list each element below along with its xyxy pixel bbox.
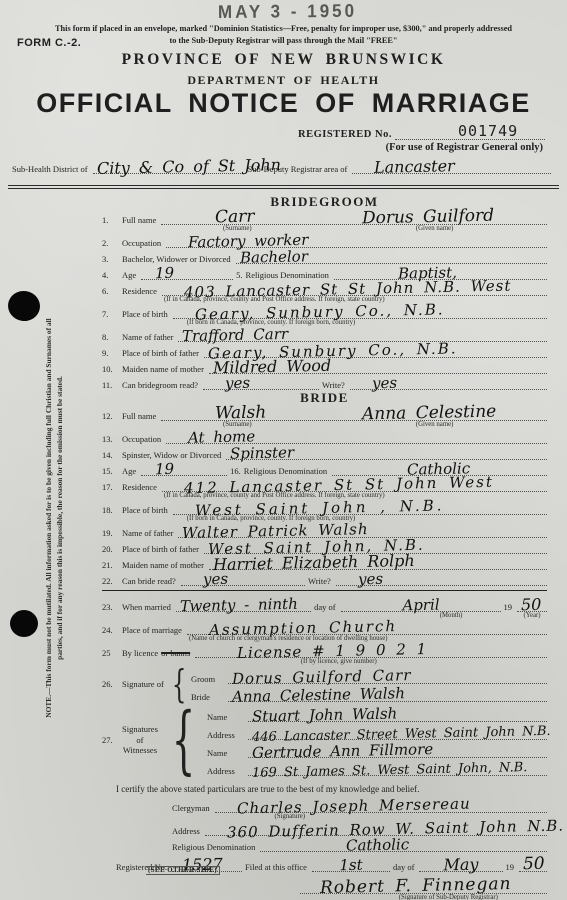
- registered-number-value: 001749: [458, 122, 518, 140]
- divider-double-rule: [8, 185, 559, 189]
- field-bride-residence: 17. Residence 412 Lancaster St St John W…: [102, 476, 547, 492]
- groom-age-field: 19: [141, 268, 233, 280]
- filing-day-value: 1st: [339, 856, 363, 874]
- field-number: 13.: [102, 434, 122, 444]
- document-title: OFFICIAL NOTICE OF MARRIAGE: [0, 88, 567, 119]
- filing-day-field: 1st: [312, 860, 390, 872]
- field-number: 19.: [102, 528, 122, 538]
- clergyman-signature-field: Charles Joseph Mersereau (Signature): [215, 801, 547, 813]
- field-by-licence: 25 By licence or banns License # 1 9 0 2…: [102, 642, 547, 658]
- field-label: Name of father: [122, 528, 176, 538]
- field-label-struck: or banns: [161, 648, 193, 658]
- clergyman-address-label: Address: [172, 826, 203, 836]
- groom-birthplace-field: Geary, Sunbury Co., N.B. (If born in Can…: [173, 307, 547, 319]
- registrar-area-value: Lancaster: [374, 156, 455, 177]
- bride-age-field: 19: [141, 464, 227, 476]
- field-label: Age: [122, 270, 139, 280]
- witness-name-label: Name: [207, 712, 246, 722]
- field-bride-literacy: 22. Can bride read? yes Write? yes: [102, 570, 547, 586]
- bride-birthplace-field: West Saint John , N.B. (If born in Canad…: [173, 503, 547, 515]
- field-groom-father: 8. Name of father Trafford Carr: [102, 326, 547, 342]
- field-label: Full name: [122, 215, 159, 225]
- groom-father-birthplace-field: Geary, Sunbury Co., N.B.: [204, 346, 547, 358]
- filing-filed-label: Filed at this office: [242, 862, 310, 872]
- groom-write-value: yes: [372, 374, 397, 393]
- groom-residence-field: 403 Lancaster St St John N.B. West (If i…: [162, 284, 547, 296]
- form-code: FORM C.-2.: [17, 37, 81, 49]
- witnesses-label-line3: Witnesses: [122, 745, 158, 756]
- registrar-signature-sublabel: (Signature of Sub-Deputy Registrar): [399, 894, 498, 900]
- field-label: Residence: [122, 286, 160, 296]
- groom-write-field: yes: [350, 378, 547, 390]
- witness-address-label: Address: [207, 730, 246, 740]
- groom-signature-label: Groom: [191, 674, 226, 684]
- registrar-signature-field: Robert F. Finnegan (Signature of Sub-Dep…: [300, 882, 547, 894]
- witnesses-label: Signatures of Witnesses: [122, 724, 160, 756]
- field-label: Place of birth of father: [122, 348, 202, 358]
- bride-age-value: 19: [155, 460, 174, 478]
- margin-note-line1: NOTE.—This form must not be mutilated. A…: [44, 292, 55, 744]
- field-number: 17.: [102, 482, 122, 492]
- field-label: Maiden name of mother: [122, 364, 207, 374]
- field-number: 12.: [102, 411, 122, 421]
- field-number: 15.: [102, 466, 122, 476]
- sub-health-district-value: City & Co of St John: [96, 155, 280, 178]
- field-number: 10.: [102, 364, 122, 374]
- field-signatures-witnesses: 27. Signatures of Witnesses Name Stuart …: [102, 703, 547, 777]
- field-groom-full-name: 1. Full name Carr Dorus Guilford (Surnam…: [102, 209, 547, 225]
- filing-year-field: 50: [519, 860, 547, 872]
- field-groom-birthplace: 7. Place of birth Geary, Sunbury Co., N.…: [102, 303, 547, 319]
- form-body: BRIDEGROOM 1. Full name Carr Dorus Guilf…: [102, 194, 547, 900]
- bride-signature-value: Anna Celestine Walsh: [232, 684, 405, 706]
- field-number: 21.: [102, 560, 122, 570]
- brace-icon: [160, 703, 207, 777]
- bride-signature-field: Anna Celestine Walsh: [228, 690, 547, 702]
- field-number: 11.: [102, 380, 122, 390]
- witness1-name-field: Stuart John Walsh: [248, 710, 547, 722]
- filing-day-of-label: day of: [390, 862, 417, 872]
- married-month-field: April (Month): [341, 600, 501, 612]
- filing-month-field: May: [419, 860, 502, 872]
- clergyman-religion-label: Religious Denomination: [172, 842, 258, 852]
- mail-instruction: This form if placed in an envelope, mark…: [6, 23, 561, 47]
- write-label: Write?: [319, 380, 348, 390]
- department-heading: DEPARTMENT OF HEALTH: [0, 73, 567, 88]
- see-other-side-note: (SEE OTHER SIDE): [146, 866, 220, 875]
- field-label: Bachelor, Widower or Divorced: [122, 254, 234, 264]
- registered-number-label: REGISTERED No.: [298, 129, 395, 140]
- write-label: Write?: [305, 576, 334, 586]
- bride-occupation-field: At home: [166, 432, 547, 444]
- field-groom-status: 3. Bachelor, Widower or Divorced Bachelo…: [102, 248, 547, 264]
- licence-field: License # 1 9 0 2 1 (If by licence, give…: [195, 646, 547, 658]
- clergyman-religion-value: Catholic: [346, 835, 410, 854]
- witnesses-label-line2: of: [122, 735, 158, 746]
- field-label: By licence: [122, 648, 161, 658]
- field-number: 8.: [102, 332, 122, 342]
- date-stamp: MAY 3 - 1950: [218, 1, 357, 24]
- margin-note: NOTE.—This form must not be mutilated. A…: [44, 292, 65, 744]
- bride-status-field: Spinster: [226, 448, 547, 460]
- field-groom-mother: 10. Maiden name of mother Mildred Wood: [102, 358, 547, 374]
- filing-month-value: May: [443, 855, 478, 875]
- field-groom-occupation: 2. Occupation Factory worker: [102, 232, 547, 248]
- groom-age-value: 19: [155, 264, 174, 282]
- field-registrar-signature: Robert F. Finnegan (Signature of Sub-Dep…: [298, 878, 547, 894]
- clergyman-label: Clergyman: [172, 803, 213, 813]
- registrar-area-field: Lancaster: [352, 162, 551, 174]
- field-number: 22.: [102, 576, 122, 586]
- field-label: Signature of: [122, 679, 167, 689]
- field-bride-full-name: 12. Full name Walsh Anna Celestine (Surn…: [102, 405, 547, 421]
- licence-sublabel: (If by licence, give number): [301, 658, 377, 665]
- field-number: 1.: [102, 215, 122, 225]
- bride-signature-row: Bride Anna Celestine Walsh: [191, 684, 547, 702]
- sub-health-district-label: Sub-Health District of: [12, 164, 91, 174]
- field-label: Full name: [122, 411, 159, 421]
- field-number: 2.: [102, 238, 122, 248]
- field-label: Occupation: [122, 434, 164, 444]
- field-number: 3.: [102, 254, 122, 264]
- witness-address-label: Address: [207, 766, 246, 776]
- married-month-value: April: [402, 596, 440, 615]
- witness2-name-value: Gertrude Ann Fillmore: [252, 740, 434, 762]
- field-number: 18.: [102, 505, 122, 515]
- given-name-sublabel: (Given name): [416, 225, 454, 232]
- groom-father-value: Trafford Carr: [182, 325, 288, 345]
- couple-signature-lines: Groom Dorus Guilford Carr Bride Anna Cel…: [191, 666, 547, 702]
- married-day-value: Twenty - ninth: [180, 595, 298, 615]
- field-number: 27.: [102, 735, 122, 745]
- field-label: Place of birth of father: [122, 544, 202, 554]
- field-bride-father: 19. Name of father Walter Patrick Walsh: [102, 522, 547, 538]
- field-when-married: 23. When married Twenty - ninth day of A…: [102, 596, 547, 612]
- registered-number-field: 001749: [395, 127, 545, 140]
- groom-signature-row: Groom Dorus Guilford Carr: [191, 666, 547, 684]
- margin-note-line2: parties, and if for any reason this is i…: [55, 292, 66, 744]
- field-number: 25: [102, 648, 122, 658]
- year-sublabel: (Year): [523, 612, 540, 619]
- witnesses-label-line1: Signatures: [122, 724, 158, 735]
- day-of-label: day of: [311, 602, 338, 612]
- field-number: 20.: [102, 544, 122, 554]
- divider-rule: [102, 590, 547, 591]
- given-name-sublabel: (Given name): [416, 421, 454, 428]
- field-groom-residence: 6. Residence 403 Lancaster St St John N.…: [102, 280, 547, 296]
- sub-health-district-field: City & Co of St John: [93, 162, 243, 174]
- groom-read-field: yes: [203, 378, 319, 390]
- witness1-address-field: 446 Lancaster Street West Saint John N.B…: [248, 728, 547, 740]
- field-number: 4.: [102, 270, 122, 280]
- groom-signature-field: Dorus Guilford Carr: [228, 672, 547, 684]
- field-number: 7.: [102, 309, 122, 319]
- field-signatures-couple: 26. Signature of Groom Dorus Guilford Ca…: [102, 665, 547, 703]
- province-heading: PROVINCE OF NEW BRUNSWICK: [0, 51, 567, 69]
- field-number: 26.: [102, 679, 122, 689]
- groom-name-field: Carr Dorus Guilford (Surname) (Given nam…: [161, 213, 547, 225]
- witness2-address-value: 169 St James St. West Saint John, N.B.: [252, 760, 528, 781]
- field-number: 9.: [102, 348, 122, 358]
- witness2-name-field: Gertrude Ann Fillmore: [248, 746, 547, 758]
- field-label: Place of birth: [122, 505, 171, 515]
- witness2-address-field: 169 St James St. West Saint John, N.B.: [248, 764, 547, 776]
- field-label: When married: [122, 602, 174, 612]
- mail-instruction-line1: This form if placed in an envelope, mark…: [6, 23, 561, 35]
- year-prefix: 19: [501, 602, 516, 612]
- witness-name-label: Name: [207, 748, 246, 758]
- witness1-name-row: Name Stuart John Walsh: [207, 704, 547, 722]
- filing-year-value: 50: [523, 854, 545, 874]
- field-bride-status: 14. Spinster, Widow or Divorced Spinster: [102, 444, 547, 460]
- field-label: Place of birth: [122, 309, 171, 319]
- field-label: Age: [122, 466, 139, 476]
- bride-write-value: yes: [358, 570, 383, 589]
- registrar-general-note: (For use of Registrar General only): [386, 142, 543, 153]
- clergyman-address-field: 360 Dufferin Row W. Saint John N.B.: [205, 824, 547, 836]
- groom-read-value: yes: [225, 374, 250, 393]
- certification-statement: I certify the above stated particulars a…: [116, 784, 547, 794]
- married-year-field: 50 (Year): [517, 600, 547, 612]
- groom-status-field: Bachelor: [236, 252, 547, 264]
- field-number: 23.: [102, 602, 122, 612]
- field-label: Religious Denomination: [246, 270, 332, 280]
- field-number: 6.: [102, 286, 122, 296]
- field-clergyman-address: Address 360 Dufferin Row W. Saint John N…: [172, 820, 547, 836]
- field-label: Can bridegroom read?: [122, 380, 201, 390]
- bride-read-value: yes: [203, 570, 228, 589]
- field-label: Place of marriage: [122, 625, 185, 635]
- groom-mother-field: Mildred Wood: [209, 362, 547, 374]
- bride-write-field: yes: [336, 574, 547, 586]
- punch-hole-bottom: [10, 610, 38, 637]
- field-label: Religious Denomination: [244, 466, 330, 476]
- punch-hole-top: [6, 289, 42, 323]
- groom-father-field: Trafford Carr: [178, 330, 547, 342]
- month-sublabel: (Month): [440, 612, 463, 619]
- field-label: Maiden name of mother: [122, 560, 207, 570]
- field-label: Can bride read?: [122, 576, 179, 586]
- district-line: Sub-Health District of City & Co of St J…: [12, 162, 551, 174]
- field-label: Occupation: [122, 238, 164, 248]
- marriage-place-field: Assumption Church (Name of church or cle…: [187, 623, 547, 635]
- filing-year-prefix: 19: [503, 862, 518, 872]
- witness1-name-value: Stuart John Walsh: [252, 704, 398, 725]
- field-bride-occupation: 13. Occupation At home: [102, 428, 547, 444]
- clergyman-signature-value: Charles Joseph Mersereau: [236, 795, 470, 818]
- field-bride-birthplace: 18. Place of birth West Saint John , N.B…: [102, 499, 547, 515]
- bride-residence-field: 412 Lancaster St St John West (If in Can…: [162, 480, 547, 492]
- field-clergyman: Clergyman Charles Joseph Mersereau (Sign…: [172, 797, 547, 813]
- field-label: Residence: [122, 482, 160, 492]
- marriage-notice-document: MAY 3 - 1950 This form if placed in an e…: [0, 0, 567, 900]
- bride-signature-label: Bride: [191, 692, 226, 702]
- field-groom-literacy: 11. Can bridegroom read? yes Write? yes: [102, 374, 547, 390]
- field-number: 24.: [102, 625, 122, 635]
- bride-mother-field: Harriet Elizabeth Rolph: [209, 558, 547, 570]
- groom-status-value: Bachelor: [240, 247, 308, 266]
- field-number: 5.: [233, 270, 245, 280]
- bride-read-field: yes: [181, 574, 305, 586]
- bride-status-value: Spinster: [230, 443, 294, 462]
- field-number: 14.: [102, 450, 122, 460]
- groom-occupation-field: Factory worker: [166, 236, 547, 248]
- field-label: Name of father: [122, 332, 176, 342]
- field-number: 16.: [227, 466, 244, 476]
- field-bride-father-birthplace: 20. Place of birth of father West Saint …: [102, 538, 547, 554]
- mail-instruction-line2: to the Sub-Deputy Registrar will pass th…: [6, 35, 561, 47]
- field-place-of-marriage: 24. Place of marriage Assumption Church …: [102, 619, 547, 635]
- bride-name-field: Walsh Anna Celestine (Surname) (Given na…: [161, 409, 547, 421]
- signature-sublabel: (Signature): [274, 813, 305, 820]
- registered-number-line: REGISTERED No. 001749: [298, 127, 545, 140]
- surname-sublabel: (Surname): [223, 225, 252, 232]
- clergyman-religion-field: Catholic: [260, 840, 547, 852]
- witness-signature-lines: Name Stuart John Walsh Address 446 Lanca…: [207, 704, 547, 776]
- field-label: Spinster, Widow or Divorced: [122, 450, 224, 460]
- married-day-field: Twenty - ninth: [176, 600, 311, 612]
- field-bride-mother: 21. Maiden name of mother Harriet Elizab…: [102, 554, 547, 570]
